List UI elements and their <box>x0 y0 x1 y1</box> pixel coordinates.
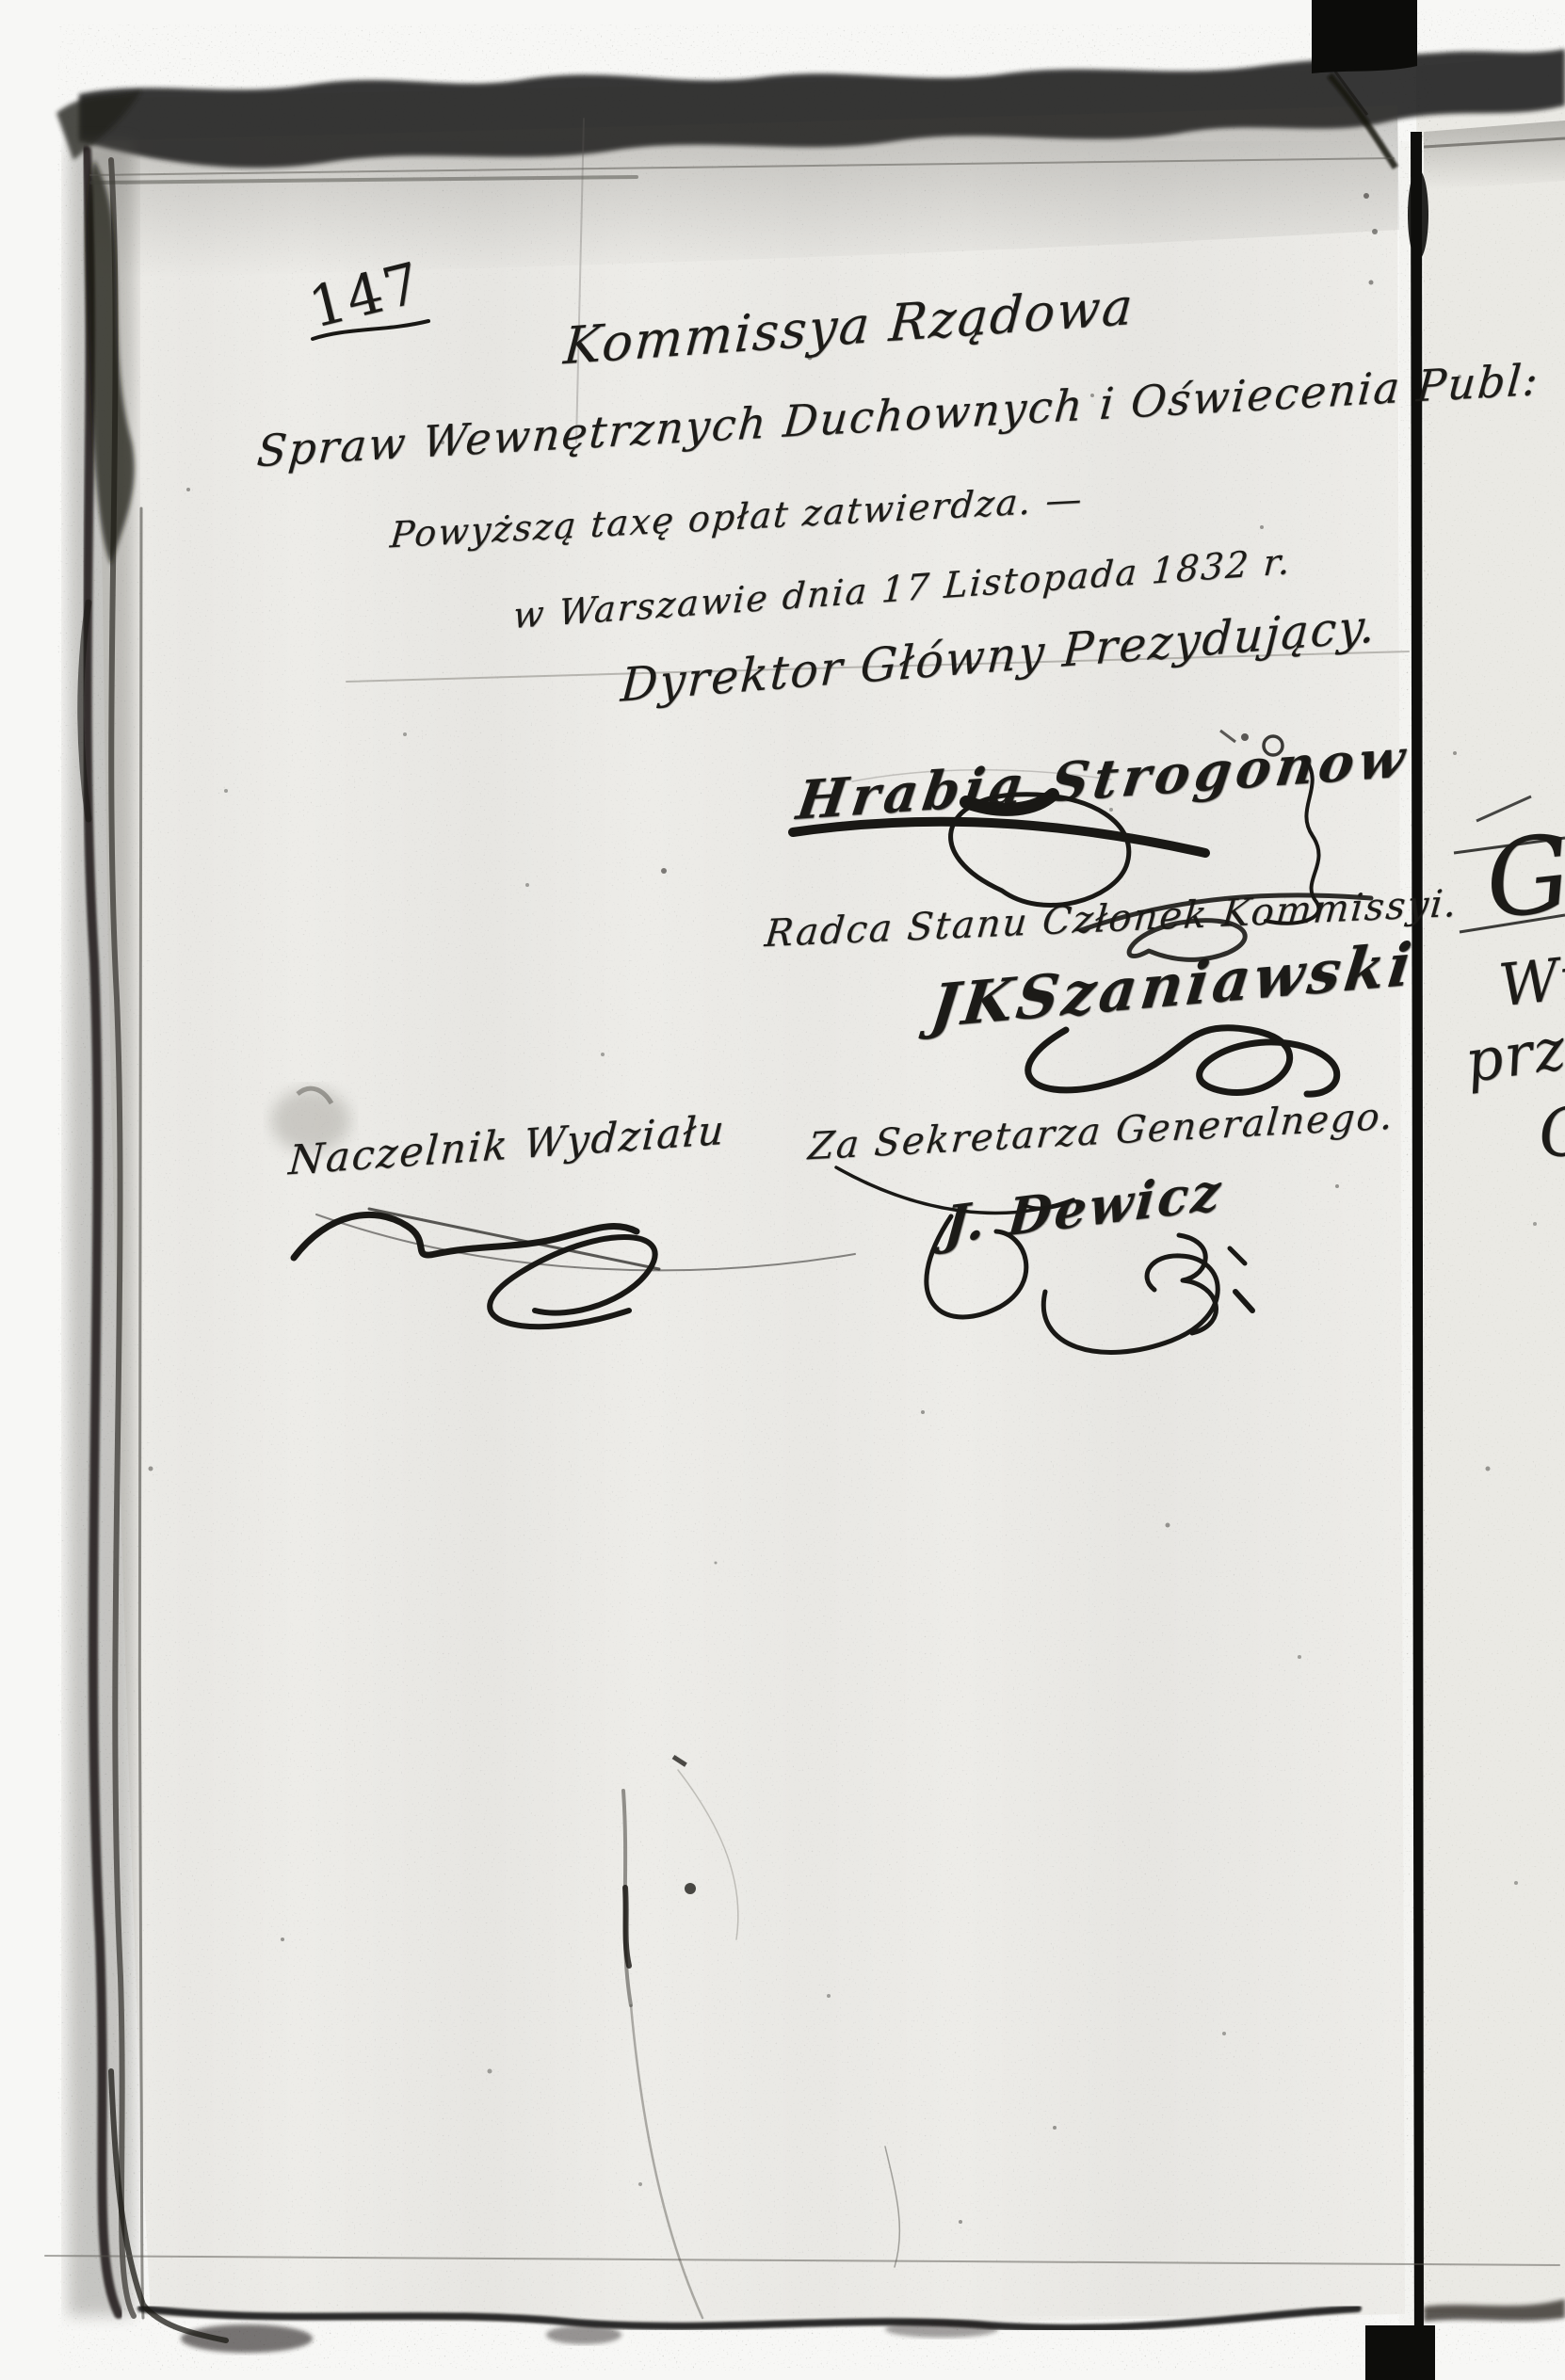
header-department: Spraw Wewnętrznych Duchownych i Oświecen… <box>255 358 1541 473</box>
approval-line: Powyższą taxę opłat zatwierdza. — <box>389 481 1085 554</box>
adjacent-page: G Wi prz C <box>1424 56 1565 2316</box>
torn-top-edge <box>56 49 1565 279</box>
councillor-signature-flourish <box>1028 1028 1337 1094</box>
header-commission: Kommissya Rządowa <box>562 281 1136 373</box>
scanned-manuscript-page: 147 Kommissya Rządowa Spraw Wewnętrznych… <box>0 0 1565 2380</box>
backing-bar-bottom <box>1365 2325 1435 2380</box>
adjacent-fragment-c: C <box>1535 1097 1565 1167</box>
secretary-signature: J. Dewicz <box>943 1165 1225 1250</box>
adjacent-fragment-wi: Wi <box>1496 949 1565 1016</box>
councillor-signature: JKSzaniawski <box>928 935 1418 1037</box>
director-signature: Hrabia Strogonow <box>794 732 1412 828</box>
department-head-title: Naczelnik Wydziału <box>287 1111 727 1182</box>
left-binding-edge <box>68 141 143 2318</box>
backing-bar-top <box>1312 0 1417 73</box>
torn-bottom-edge <box>111 2071 1358 2353</box>
secretary-title: Za Sekretarza Generalnego. <box>807 1098 1396 1166</box>
adjacent-fragment-prz: prz <box>1461 1020 1565 1091</box>
adjacent-fragment-g: G <box>1480 821 1565 935</box>
department-head-signature-scribble <box>294 1209 855 1327</box>
page-number: 147 <box>304 254 428 336</box>
page-gap <box>1399 141 1424 2380</box>
